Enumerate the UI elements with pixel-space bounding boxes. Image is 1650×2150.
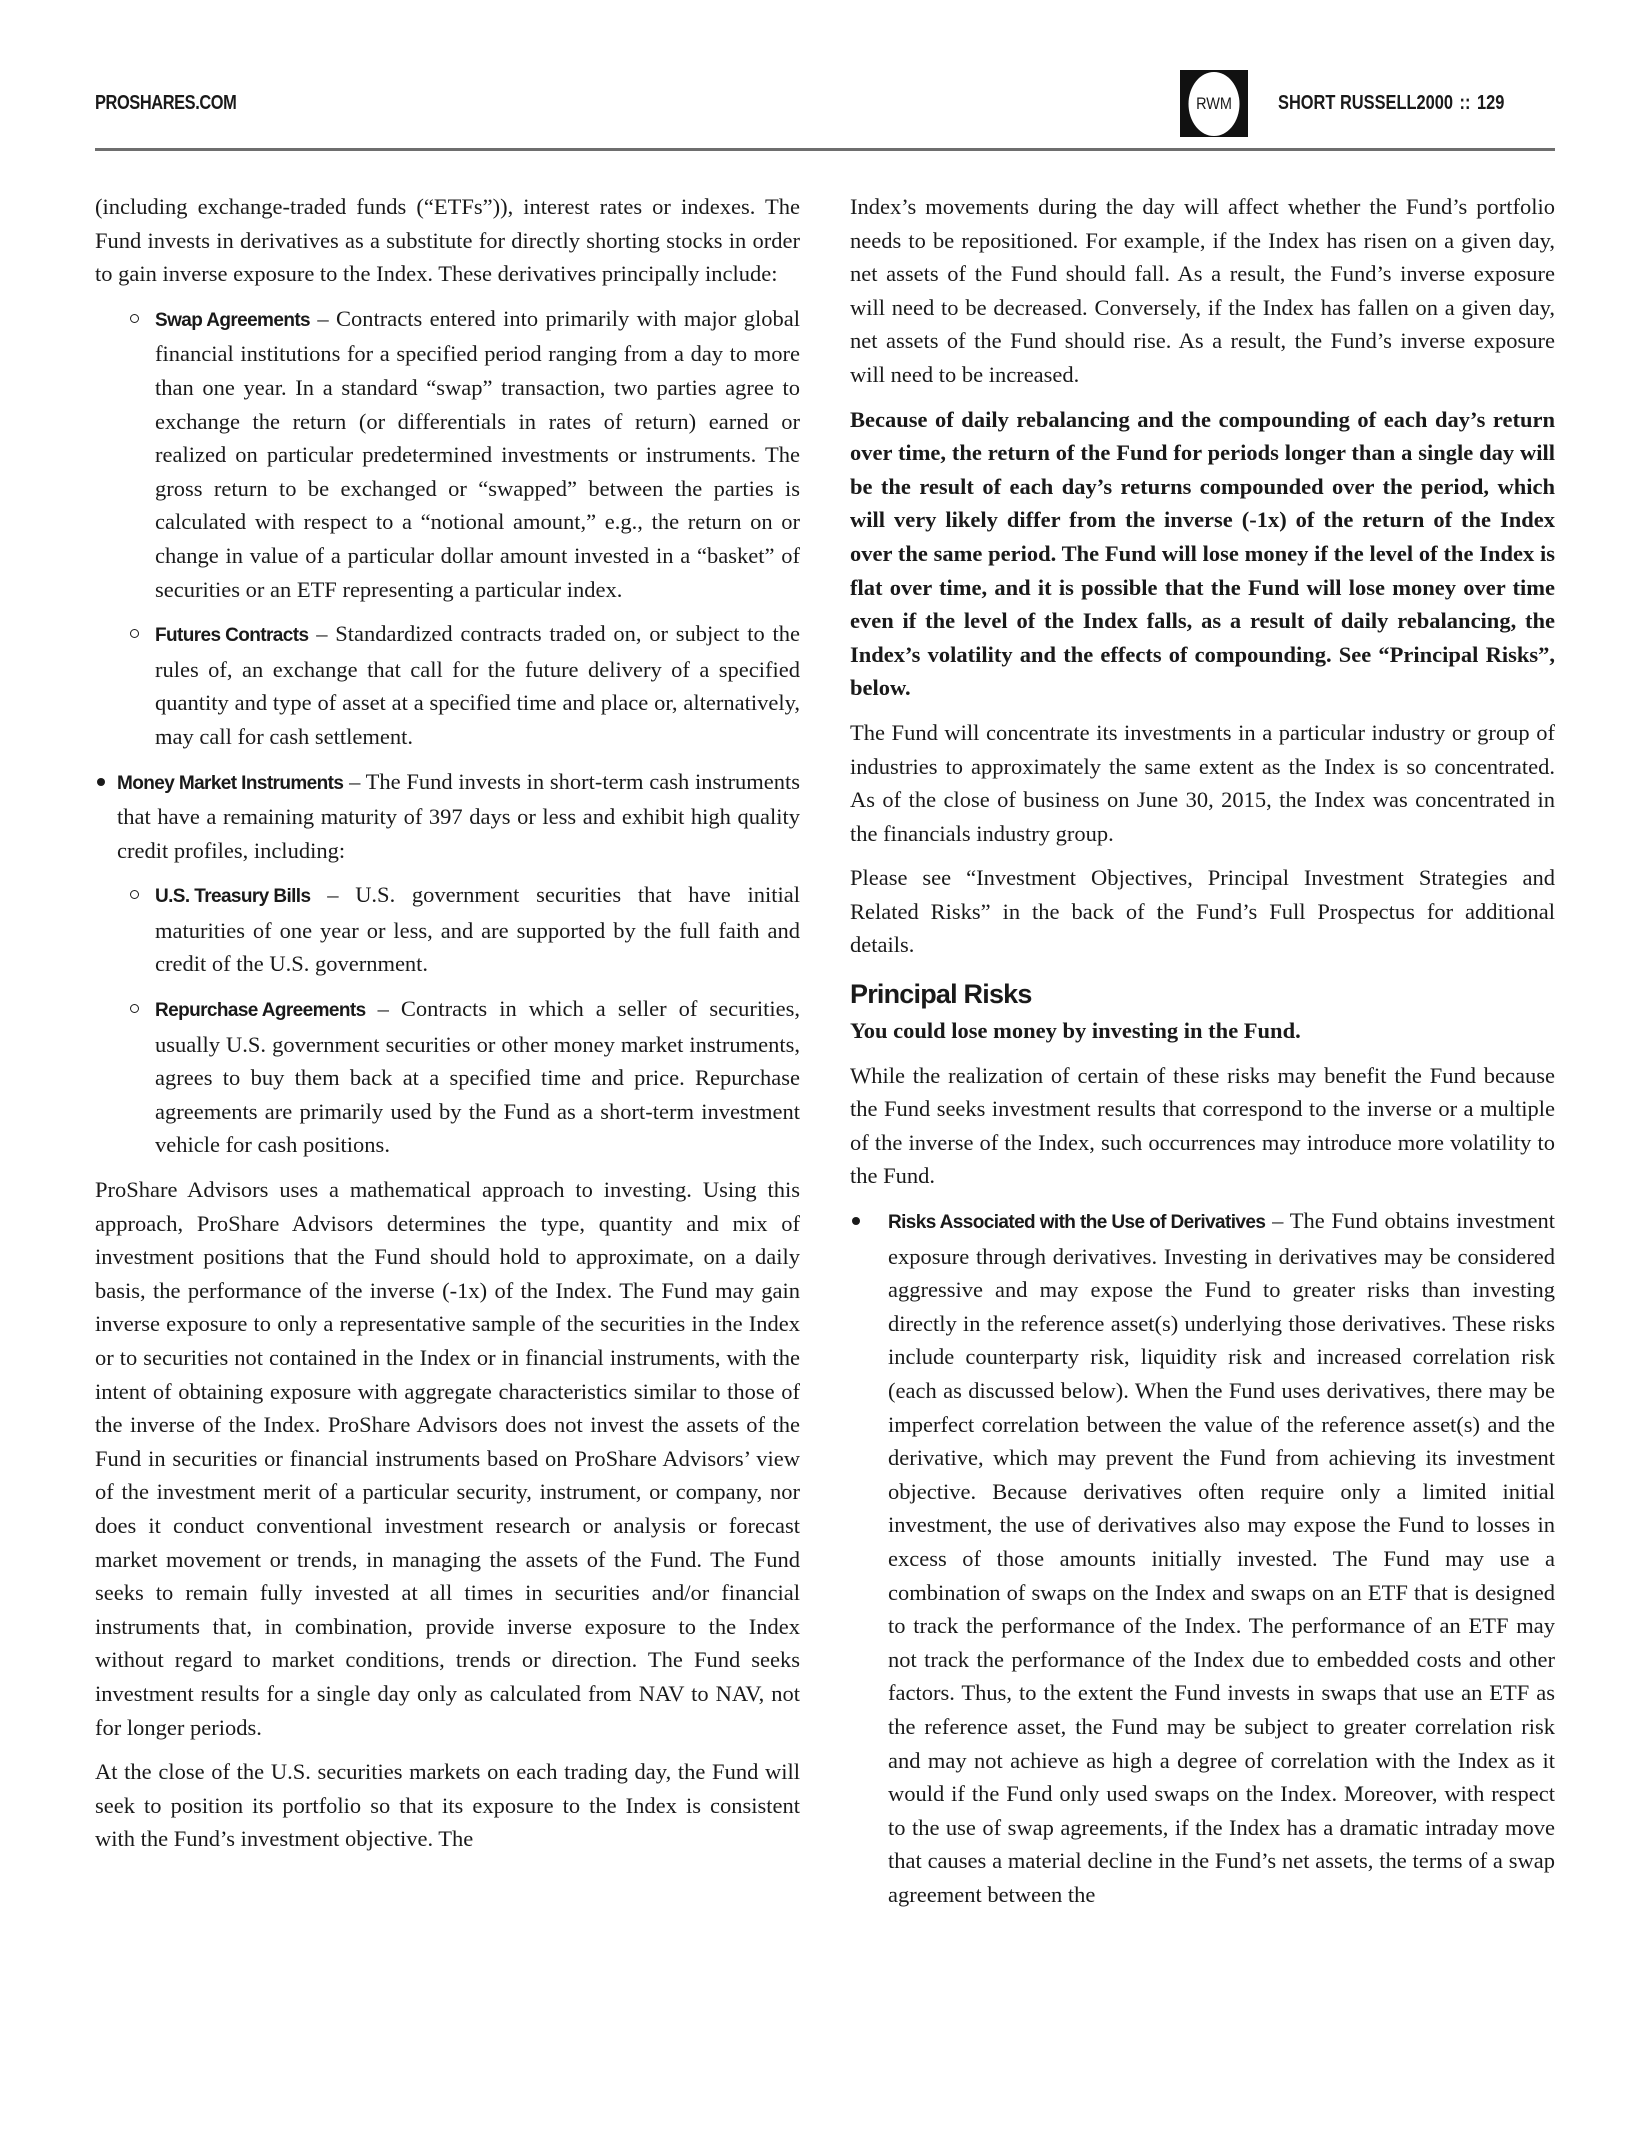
site-name: PROSHARES.COM bbox=[95, 92, 236, 115]
header-rule bbox=[95, 148, 1555, 151]
list-item-money-market: Money Market Instruments – The Fund inve… bbox=[95, 765, 800, 868]
right-column: Index’s movements during the day will af… bbox=[850, 190, 1555, 1923]
item-label: Money Market Instruments bbox=[117, 767, 343, 801]
list-item-treasury-bills: U.S. Treasury Bills – U.S. government se… bbox=[95, 878, 800, 981]
item-dash: – bbox=[310, 882, 355, 907]
item-text: Contracts entered into primarily with ma… bbox=[155, 306, 800, 602]
item-label: Swap Agreements bbox=[155, 304, 310, 338]
left-column: (including exchange-traded funds (“ETFs”… bbox=[95, 190, 800, 1867]
list-item-futures-contracts: Futures Contracts – Standardized contrac… bbox=[95, 617, 800, 753]
fund-name: SHORT RUSSELL2000 bbox=[1278, 92, 1453, 114]
item-dash: – bbox=[308, 621, 335, 646]
intro-paragraph: (including exchange-traded funds (“ETFs”… bbox=[95, 190, 800, 291]
risks-list: Risks Associated with the Use of Derivat… bbox=[850, 1204, 1555, 1911]
page-number: 129 bbox=[1477, 92, 1504, 114]
list-item-swap-agreements: Swap Agreements – Contracts entered into… bbox=[95, 302, 800, 606]
list-item-derivatives-risk: Risks Associated with the Use of Derivat… bbox=[850, 1204, 1555, 1911]
page-header: PROSHARES.COM RWM SHORT RUSSELL2000::129 bbox=[95, 70, 1555, 140]
ticker-badge-label: RWM bbox=[1189, 72, 1240, 136]
ticker-badge: RWM bbox=[1180, 70, 1248, 137]
rebalancing-warning: Because of daily rebalancing and the com… bbox=[850, 403, 1555, 705]
title-separator: :: bbox=[1460, 92, 1471, 114]
item-label: Risks Associated with the Use of Derivat… bbox=[888, 1206, 1265, 1240]
concentration-paragraph: The Fund will concentrate its investment… bbox=[850, 716, 1555, 850]
close-paragraph: At the close of the U.S. securities mark… bbox=[95, 1755, 800, 1856]
list-item-repurchase-agreements: Repurchase Agreements – Contracts in whi… bbox=[95, 992, 800, 1162]
principal-risks-heading: Principal Risks bbox=[850, 976, 1555, 1012]
principal-risks-intro: While the realization of certain of thes… bbox=[850, 1059, 1555, 1193]
item-dash: – bbox=[310, 306, 336, 331]
item-dash: – bbox=[343, 769, 365, 794]
derivatives-list: Swap Agreements – Contracts entered into… bbox=[95, 302, 800, 754]
money-market-list: Money Market Instruments – The Fund inve… bbox=[95, 765, 800, 1163]
item-dash: – bbox=[1265, 1208, 1289, 1233]
item-label: Futures Contracts bbox=[155, 619, 308, 653]
item-label: Repurchase Agreements bbox=[155, 994, 366, 1028]
approach-paragraph: ProShare Advisors uses a mathematical ap… bbox=[95, 1173, 800, 1744]
item-text: The Fund obtains investment exposure thr… bbox=[888, 1208, 1555, 1907]
principal-risks-subheading: You could lose money by investing in the… bbox=[850, 1014, 1555, 1048]
item-label: U.S. Treasury Bills bbox=[155, 880, 310, 914]
movements-paragraph: Index’s movements during the day will af… bbox=[850, 190, 1555, 392]
see-prospectus-paragraph: Please see “Investment Objectives, Princ… bbox=[850, 861, 1555, 962]
item-dash: – bbox=[366, 996, 401, 1021]
fund-page-title: SHORT RUSSELL2000::129 bbox=[1278, 92, 1504, 115]
